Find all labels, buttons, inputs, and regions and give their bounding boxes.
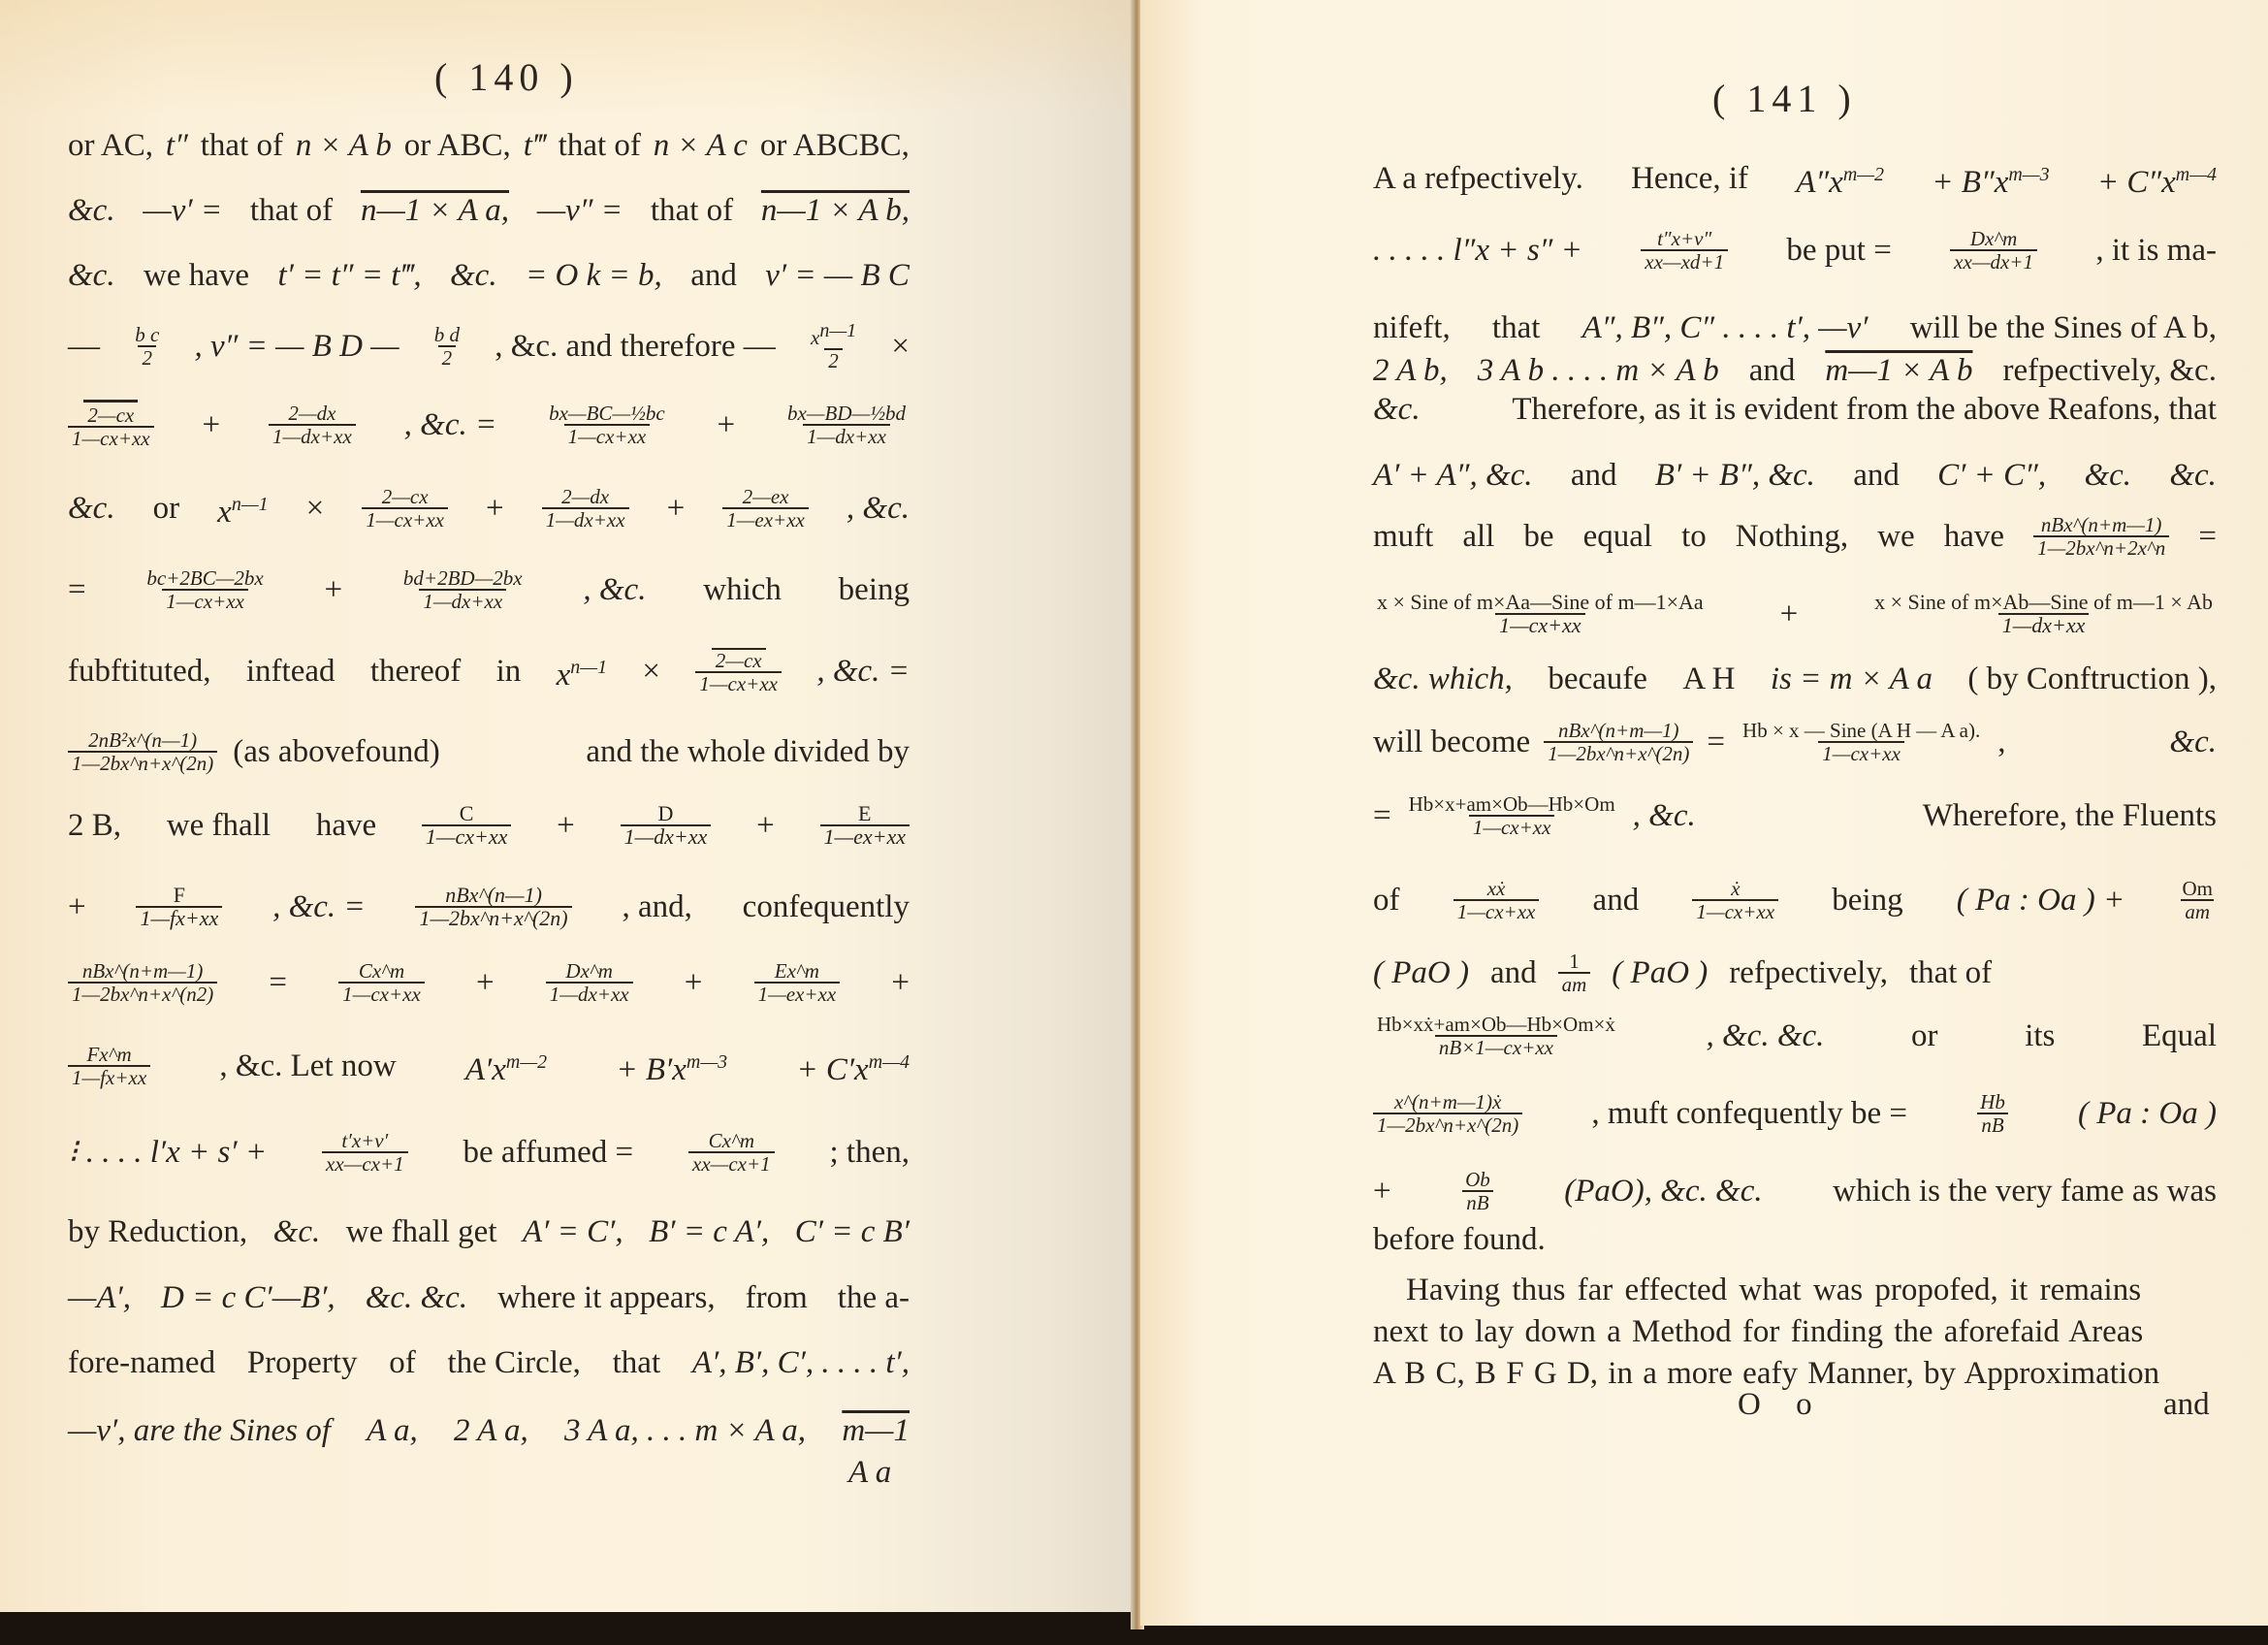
word: and (1490, 953, 1537, 992)
text-line: &c. or xn—1 × 2—cx1—cx+xx + 2—dx1—dx+xx … (68, 485, 910, 532)
paragraph-first-line: Having thus far effected what was propof… (1406, 1271, 2217, 1309)
etc-symbol: &c. (2169, 723, 2217, 761)
fraction: Dx^mxx—dx+1 (1950, 228, 2037, 273)
catchword: A a (848, 1455, 891, 1491)
word: from (746, 1278, 808, 1317)
fraction: Cx^m1—cx+xx (338, 960, 425, 1005)
denominator: 1—cx+xx (1692, 899, 1778, 922)
symbol: = (269, 963, 287, 1002)
denominator: 1—dx+xx (803, 424, 890, 447)
denominator: 1—cx+xx (362, 507, 448, 531)
symbol: A″, B″, C″ . . . . t′, —v′ (1582, 308, 1869, 347)
symbol: ( Pa : Oa ) (2078, 1094, 2217, 1133)
fraction: nBx^(n+m—1)1—2bx^n+x^(n2) (68, 960, 217, 1005)
text-line: will become nBx^(n+m—1)1—2bx^n+x^(2n) = … (1373, 720, 2217, 764)
denominator: 1—fx+xx (68, 1065, 150, 1088)
fraction: Fx^m1—fx+xx (68, 1044, 150, 1088)
text-line: ⁝ . . . . l′x + s′ + t′x+v′xx—cx+1 be af… (68, 1130, 910, 1175)
symbol: + C″x (2097, 165, 2176, 200)
text-line: . . . . . l″x + s″ + t″x+v″xx—xd+1 be pu… (1373, 228, 2217, 273)
symbol: —v′ = (143, 191, 222, 230)
text-line: x × Sine of m×Aa—Sine of m—1×Aa1—cx+xx +… (1373, 592, 2217, 636)
numerator: Ob (1461, 1169, 1494, 1190)
word: Wherefore, the Fluents (1923, 796, 2217, 835)
word: muft (1373, 517, 1433, 556)
denominator: 1—dx+xx (1998, 613, 2090, 636)
word: that of (559, 126, 641, 165)
symbol: t‴ (524, 126, 546, 165)
numerator: 1 (1565, 951, 1583, 972)
word: or (153, 489, 180, 528)
exponent: m—3 (2008, 164, 2049, 185)
fraction: x × Sine of m×Ab—Sine of m—1 × Ab1—dx+xx (1870, 592, 2217, 636)
word: inftead (246, 652, 335, 691)
denominator: 1—cx+xx (162, 589, 248, 612)
symbol: + (486, 489, 504, 528)
denominator: 2 (824, 348, 843, 371)
fraction: 2nB²x^(n—1)1—2bx^n+x^(2n) (68, 729, 217, 774)
word: and (690, 256, 737, 295)
word: or ABC, (404, 126, 511, 165)
etc-symbol: &c. (68, 191, 115, 230)
word: fubftituted, (68, 652, 211, 691)
symbol: 3 A b . . . . m × A b (1478, 351, 1719, 390)
exponent: n—1 (232, 494, 269, 515)
numerator: b c (131, 324, 163, 345)
fraction: 2—cx1—cx+xx (362, 486, 448, 531)
symbol: is = m × A a (1771, 660, 1933, 698)
word: the a- (838, 1278, 910, 1317)
text-line: muft all be equal to Nothing, we have nB… (1373, 514, 2217, 559)
word: its (2025, 1016, 2055, 1055)
numerator: 2—dx (558, 486, 613, 507)
word: we have (144, 256, 249, 295)
text-line: before found. (1373, 1220, 2217, 1259)
symbol: A H (1682, 660, 1735, 698)
symbol: 3 A a, . . . m × A a, (564, 1411, 806, 1450)
numerator: C (456, 803, 478, 824)
etc-symbol: &c. (450, 256, 497, 295)
symbol: = (2198, 517, 2217, 556)
numerator: bd+2BD—2bx (399, 567, 527, 589)
word: fore-named (68, 1343, 215, 1382)
fraction: Dx^m1—dx+xx (546, 960, 633, 1005)
word: A a refpectively. (1373, 159, 1583, 198)
fraction: C1—cx+xx (422, 803, 511, 848)
numerator: Hb×xẋ+am×Ob—Hb×Om×ẋ (1373, 1014, 1619, 1035)
denominator: 1—dx+xx (419, 589, 506, 612)
fraction: nBx^(n+m—1)1—2bx^n+2x^n (2033, 514, 2169, 559)
symbol: x (557, 658, 571, 693)
word: which is the very fame as was (1833, 1172, 2217, 1210)
fraction: 1am (1558, 951, 1591, 995)
fraction: HbnB (1976, 1091, 2009, 1136)
symbol: n × A c (654, 126, 748, 165)
word: that (613, 1343, 660, 1382)
etc-symbol: , &c. (583, 570, 646, 609)
numerator: 2—dx (284, 403, 339, 424)
numerator: Om (2178, 878, 2217, 899)
symbol: , &c. = (404, 405, 497, 444)
denominator: 1—cx+xx (1469, 815, 1555, 838)
denominator: xx—cx+1 (322, 1151, 408, 1175)
denominator: 1—cx+xx (1495, 613, 1584, 636)
denominator: 1—cx+xx (338, 982, 425, 1005)
numerator: bc+2BC—2bx (143, 567, 267, 589)
word: that of (201, 126, 283, 165)
numerator: x^(n+m—1)ẋ (1390, 1091, 1506, 1113)
word: , it is ma- (2095, 231, 2217, 270)
fraction: bx—BD—½bd1—dx+xx (783, 403, 910, 447)
word: and (1571, 456, 1617, 495)
denominator: 1—ex+xx (722, 507, 809, 531)
text-line: next to lay down a Method for finding th… (1373, 1312, 2217, 1351)
text-line: + F1—fx+xx , &c. = nBx^(n—1)1—2bx^n+x^(2… (68, 885, 910, 929)
text-line: of xẋ1—cx+xx and ẋ1—cx+xx being ( Pa : O… (1373, 878, 2217, 922)
word: that of (1909, 953, 1992, 992)
numerator: 2—cx (378, 486, 432, 507)
symbol: + (891, 963, 910, 1002)
numerator: nBx^(n+m—1) (79, 960, 208, 982)
fraction: ẋ1—cx+xx (1692, 878, 1778, 922)
numerator: Dx^m (561, 960, 617, 982)
etc-symbol: , &c. = (272, 887, 366, 926)
symbol: + (1373, 1172, 1391, 1210)
symbol: + (685, 963, 703, 1002)
fraction: b d2 (431, 324, 463, 369)
text-line: + ObnB (PaO), &c. &c. which is the very … (1373, 1169, 2217, 1213)
word: &c. which, (1373, 660, 1513, 698)
symbol: × (642, 652, 660, 691)
denominator: 1—2bx^n+x^(2n) (1544, 741, 1693, 764)
etc-symbol: &c. (273, 1212, 321, 1251)
text-line: = Hb×x+am×Ob—Hb×Om1—cx+xx , &c. Wherefor… (1373, 793, 2217, 838)
word: next to lay down a Method for finding th… (1373, 1312, 2143, 1351)
denominator: 2 (438, 345, 457, 369)
symbol: A′x (465, 1052, 506, 1087)
denominator: 1—2bx^n+2x^n (2033, 535, 2169, 559)
symbol: D = c C′—B′, (161, 1278, 335, 1317)
numerator: xẋ (1484, 878, 1510, 899)
symbol: m—1 (842, 1411, 910, 1450)
numerator: Fx^m (82, 1044, 135, 1065)
symbol: —A′, (68, 1278, 131, 1317)
fraction: 2—cx1—cx+xx (68, 400, 154, 449)
word: ; then, (830, 1133, 910, 1172)
denominator: xx—xd+1 (1641, 249, 1728, 273)
word: be put = (1786, 231, 1891, 270)
text-line: &c. which, becaufe A H is = m × A a ( by… (1373, 660, 2217, 698)
symbol: + (756, 806, 775, 845)
word: or AC, (68, 126, 153, 165)
denominator: 1—cx+xx (695, 671, 782, 694)
text-line: fore-named Property of the Circle, that … (68, 1343, 910, 1382)
word: and (1593, 881, 1640, 919)
word: be affumed = (463, 1133, 634, 1172)
text-line: nBx^(n+m—1)1—2bx^n+x^(n2) = Cx^m1—cx+xx … (68, 960, 910, 1005)
symbol: t″ (166, 126, 188, 165)
denominator: am (2181, 899, 2214, 922)
fraction: 2—ex1—ex+xx (722, 486, 809, 531)
symbol: + (476, 963, 495, 1002)
numerator: t′x+v′ (337, 1130, 392, 1151)
fraction: nBx^(n—1)1—2bx^n+x^(2n) (415, 885, 571, 929)
word: where it appears, (497, 1278, 715, 1317)
word: and (1853, 456, 1900, 495)
symbol: ( Pa : Oa ) + (1957, 881, 2124, 919)
symbol: B′ = c A′, (649, 1212, 769, 1251)
word: and (1749, 351, 1796, 390)
symbol: = O k = b, (526, 256, 662, 295)
symbol: × (306, 489, 325, 528)
word: , &c. Let now (219, 1047, 396, 1085)
symbol: + (325, 570, 343, 609)
numerator: Ex^m (771, 960, 823, 982)
symbol: n—1 × A a, (361, 191, 509, 230)
fraction: 2—cx1—cx+xx (695, 648, 782, 694)
etc-symbol: &c. (2169, 456, 2217, 495)
word: Equal (2142, 1016, 2217, 1055)
text-line: ( PaO ) and 1am ( PaO ) refpectively, th… (1373, 951, 2217, 995)
numerator: x (811, 326, 819, 349)
word: , &c. and therefore — (495, 327, 776, 366)
symbol: (PaO), &c. &c. (1564, 1172, 1762, 1210)
text-line: nifeft, that A″, B″, C″ . . . . t′, —v′ … (1373, 308, 2217, 347)
denominator: 1—dx+xx (621, 824, 712, 848)
symbol: = (1373, 796, 1391, 835)
word: of (1373, 881, 1400, 919)
word: which (703, 570, 782, 609)
word: nifeft, (1373, 308, 1451, 347)
word: to (1681, 517, 1707, 556)
symbol: + (557, 806, 575, 845)
word: be (1523, 517, 1553, 556)
numerator: Cx^m (705, 1130, 758, 1151)
numerator: bx—BD—½bd (783, 403, 910, 424)
symbol: . . . . . l″x + s″ + (1373, 231, 1582, 270)
numerator: 2nB²x^(n—1) (84, 729, 201, 751)
denominator: 1—cx+xx (68, 426, 154, 449)
fraction: Hb×x+am×Ob—Hb×Om1—cx+xx (1405, 793, 1619, 838)
text-line: &c. —v′ = that of n—1 × A a, —v″ = that … (68, 191, 910, 230)
text-line: 2 A b, 3 A b . . . . m × A b and m—1 × A… (1373, 351, 2217, 390)
numerator: Cx^m (355, 960, 408, 982)
denominator: 1—cx+xx (1453, 899, 1540, 922)
text-line: Hb×xẋ+am×Ob—Hb×Om×ẋnB×1—cx+xx , &c. &c. … (1373, 1014, 2217, 1058)
symbol: ( PaO ) (1612, 953, 1708, 992)
numerator: nBx^(n—1) (441, 885, 546, 906)
exponent: n—1 (570, 657, 607, 678)
numerator: 2—ex (739, 486, 793, 507)
denominator: 1—ex+xx (820, 824, 910, 848)
word: have (316, 806, 376, 845)
text-line: 2—cx1—cx+xx + 2—dx1—dx+xx , &c. = bx—BC—… (68, 400, 910, 449)
symbol: + (1780, 595, 1799, 633)
denominator: 1—cx+xx (1818, 741, 1904, 764)
denominator: 1—2bx^n+x^(2n) (1373, 1113, 1522, 1136)
word: 2 B, (68, 806, 121, 845)
page-number-141: ( 141 ) (1712, 76, 1857, 121)
numerator: t″x+v″ (1653, 228, 1715, 249)
denominator: 1—2bx^n+x^(2n) (68, 751, 217, 774)
numerator: x × Sine of m×Aa—Sine of m—1×Aa (1373, 592, 1708, 613)
etc-symbol: &c. (68, 256, 115, 295)
denominator: 1—fx+xx (136, 906, 222, 929)
denominator: xx—dx+1 (1950, 249, 2037, 273)
word: Therefore, as it is evident from the abo… (1512, 390, 2217, 429)
word: being (839, 570, 910, 609)
exponent: m—2 (1843, 164, 1884, 185)
word: and the whole divided by (456, 732, 910, 771)
fraction: t′x+v′xx—cx+1 (322, 1130, 408, 1175)
word: thereof (370, 652, 461, 691)
symbol: 2 A b, (1373, 351, 1448, 390)
text-line: 2 B, we fhall have C1—cx+xx + D1—dx+xx +… (68, 803, 910, 848)
text-line: A′ + A″, &c. and B′ + B″, &c. and C′ + C… (1373, 456, 2217, 495)
word: that of (651, 191, 733, 230)
word: that (1492, 308, 1540, 347)
fraction: x × Sine of m×Aa—Sine of m—1×Aa1—cx+xx (1373, 592, 1708, 636)
text-line: by Reduction, &c. we fhall get A′ = C′, … (68, 1212, 910, 1251)
symbol: , (1997, 723, 2005, 761)
fraction: x^(n+m—1)ẋ1—2bx^n+x^(2n) (1373, 1091, 1522, 1136)
word: Hence, if (1631, 159, 1748, 198)
numerator: F (170, 885, 189, 906)
fraction: xẋ1—cx+xx (1453, 878, 1540, 922)
fraction: Hb×xẋ+am×Ob—Hb×Om×ẋnB×1—cx+xx (1373, 1014, 1619, 1058)
denominator: 1—2bx^n+x^(n2) (68, 982, 217, 1005)
fraction: Ex^m1—ex+xx (754, 960, 841, 1005)
text-line: A a refpectively. Hence, if A″xm—2 + B″x… (1373, 155, 2217, 202)
symbol: A′ + A″, &c. (1373, 456, 1533, 495)
denominator: xx—cx+1 (688, 1151, 775, 1175)
fraction: bx—BC—½bc1—cx+xx (545, 403, 669, 447)
numerator: Hb (1976, 1091, 2009, 1113)
fraction: 2—dx1—dx+xx (542, 486, 629, 531)
symbol: × (891, 327, 910, 366)
word: equal (1583, 517, 1652, 556)
numerator: ẋ (1727, 878, 1743, 899)
fraction: 2—dx1—dx+xx (269, 403, 356, 447)
word: or ABCBC, (760, 126, 910, 165)
right-page: ( 141 ) A a refpectively. Hence, if A″xm… (1140, 0, 2268, 1626)
denominator: nB (1977, 1113, 2007, 1136)
word: we fhall get (346, 1212, 497, 1251)
symbol: C′ + C″, (1937, 456, 2046, 495)
word: confequently (743, 887, 910, 926)
etc-symbol: &c. &c. (366, 1278, 467, 1317)
symbol: C′ = c B′ (795, 1212, 910, 1251)
numerator: 2—cx (712, 648, 766, 671)
symbol: x (217, 495, 232, 530)
fraction: xn—12 (807, 320, 860, 371)
symbol: A″x (1796, 165, 1843, 200)
word: being (1832, 881, 1902, 919)
word: (as abovefound) (233, 732, 440, 771)
word: by Reduction, (68, 1212, 247, 1251)
symbol: = (68, 570, 86, 609)
etc-symbol: , &c. = (816, 652, 910, 691)
etc-symbol: , &c. (847, 489, 910, 528)
text-line: &c. we have t′ = t″ = t‴, &c. = O k = b,… (68, 256, 910, 295)
symbol: + (718, 405, 736, 444)
symbol: , v″ = — B D — (194, 327, 399, 366)
denominator: 1—cx+xx (564, 424, 651, 447)
etc-symbol: , &c. &c. (1707, 1016, 1825, 1055)
text-line: —v′, are the Sines of A a, 2 A a, 3 A a,… (68, 1411, 910, 1450)
etc-symbol: &c. (1373, 390, 1421, 429)
symbol: —v″ = (537, 191, 623, 230)
text-line: —A′, D = c C′—B′, &c. &c. where it appea… (68, 1278, 910, 1317)
symbol: + (68, 887, 86, 926)
numerator: Hb × x — Sine (A H — A a). (1739, 720, 1984, 741)
word: ( by Conftruction ), (1967, 660, 2217, 698)
symbol: n—1 × A b, (761, 191, 910, 230)
fraction: Omam (2178, 878, 2217, 922)
symbol: B′ + B″, &c. (1655, 456, 1815, 495)
left-page: ( 140 ) or AC, t″ that of n × A b or ABC… (0, 0, 1134, 1612)
symbol: A a, (367, 1411, 418, 1450)
denominator: 1—dx+xx (546, 982, 633, 1005)
text-line: x^(n+m—1)ẋ1—2bx^n+x^(2n) , muft confeque… (1373, 1091, 2217, 1136)
word: of (389, 1343, 416, 1382)
symbol: t′ = t″ = t‴, (277, 256, 421, 295)
denominator: 1—dx+xx (269, 424, 356, 447)
text-line: fubftituted, inftead thereof in xn—1 × 2… (68, 648, 910, 694)
fraction: b c2 (131, 324, 163, 369)
word: before found. (1373, 1220, 1546, 1259)
fraction: F1—fx+xx (136, 885, 222, 929)
text-line: &c. Therefore, as it is evident from the… (1373, 390, 2217, 429)
word: refpectively, (1729, 953, 1888, 992)
symbol: + C′x (796, 1052, 868, 1087)
numerator: D (655, 803, 678, 824)
word: , and, (622, 887, 691, 926)
numerator: bx—BC—½bc (545, 403, 669, 424)
fraction: Cx^mxx—cx+1 (688, 1130, 775, 1175)
symbol: 2 A a, (454, 1411, 528, 1450)
text-line: = bc+2BC—2bx1—cx+xx + bd+2BD—2bx1—dx+xx … (68, 567, 910, 612)
symbol: = (1707, 723, 1725, 761)
fraction: nBx^(n+m—1)1—2bx^n+x^(2n) (1544, 720, 1693, 764)
symbol: A′ = C′, (523, 1212, 623, 1251)
text-line: or AC, t″ that of n × A b or ABC, t‴ tha… (68, 126, 910, 165)
word: or (1911, 1016, 1938, 1055)
symbol: — (68, 327, 100, 366)
denominator: 1—cx+xx (422, 824, 511, 848)
denominator: 1—2bx^n+x^(2n) (415, 906, 571, 929)
word: we (1877, 517, 1914, 556)
denominator: am (1558, 972, 1591, 995)
word: will become (1373, 723, 1530, 761)
symbol: v′ = — B C (765, 256, 910, 295)
text-line: 2nB²x^(n—1)1—2bx^n+x^(2n) (as abovefound… (68, 729, 910, 774)
fraction: bc+2BC—2bx1—cx+xx (143, 567, 267, 612)
word: we fhall (167, 806, 271, 845)
word: Property (247, 1343, 358, 1382)
exponent: m—4 (2176, 164, 2217, 185)
numerator: 2—cx (83, 400, 138, 426)
numerator: b d (431, 324, 463, 345)
symbol: + B′x (616, 1052, 687, 1087)
word: will be the Sines of A b, (1910, 308, 2217, 347)
etc-symbol: &c. (2084, 456, 2131, 495)
numerator: Hb×x+am×Ob—Hb×Om (1405, 793, 1619, 815)
symbol: m—1 × A b (1825, 351, 1972, 390)
numerator: nBx^(n+m—1) (1554, 720, 1683, 741)
denominator: nB (1462, 1190, 1492, 1213)
page-number-140: ( 140 ) (434, 54, 579, 100)
